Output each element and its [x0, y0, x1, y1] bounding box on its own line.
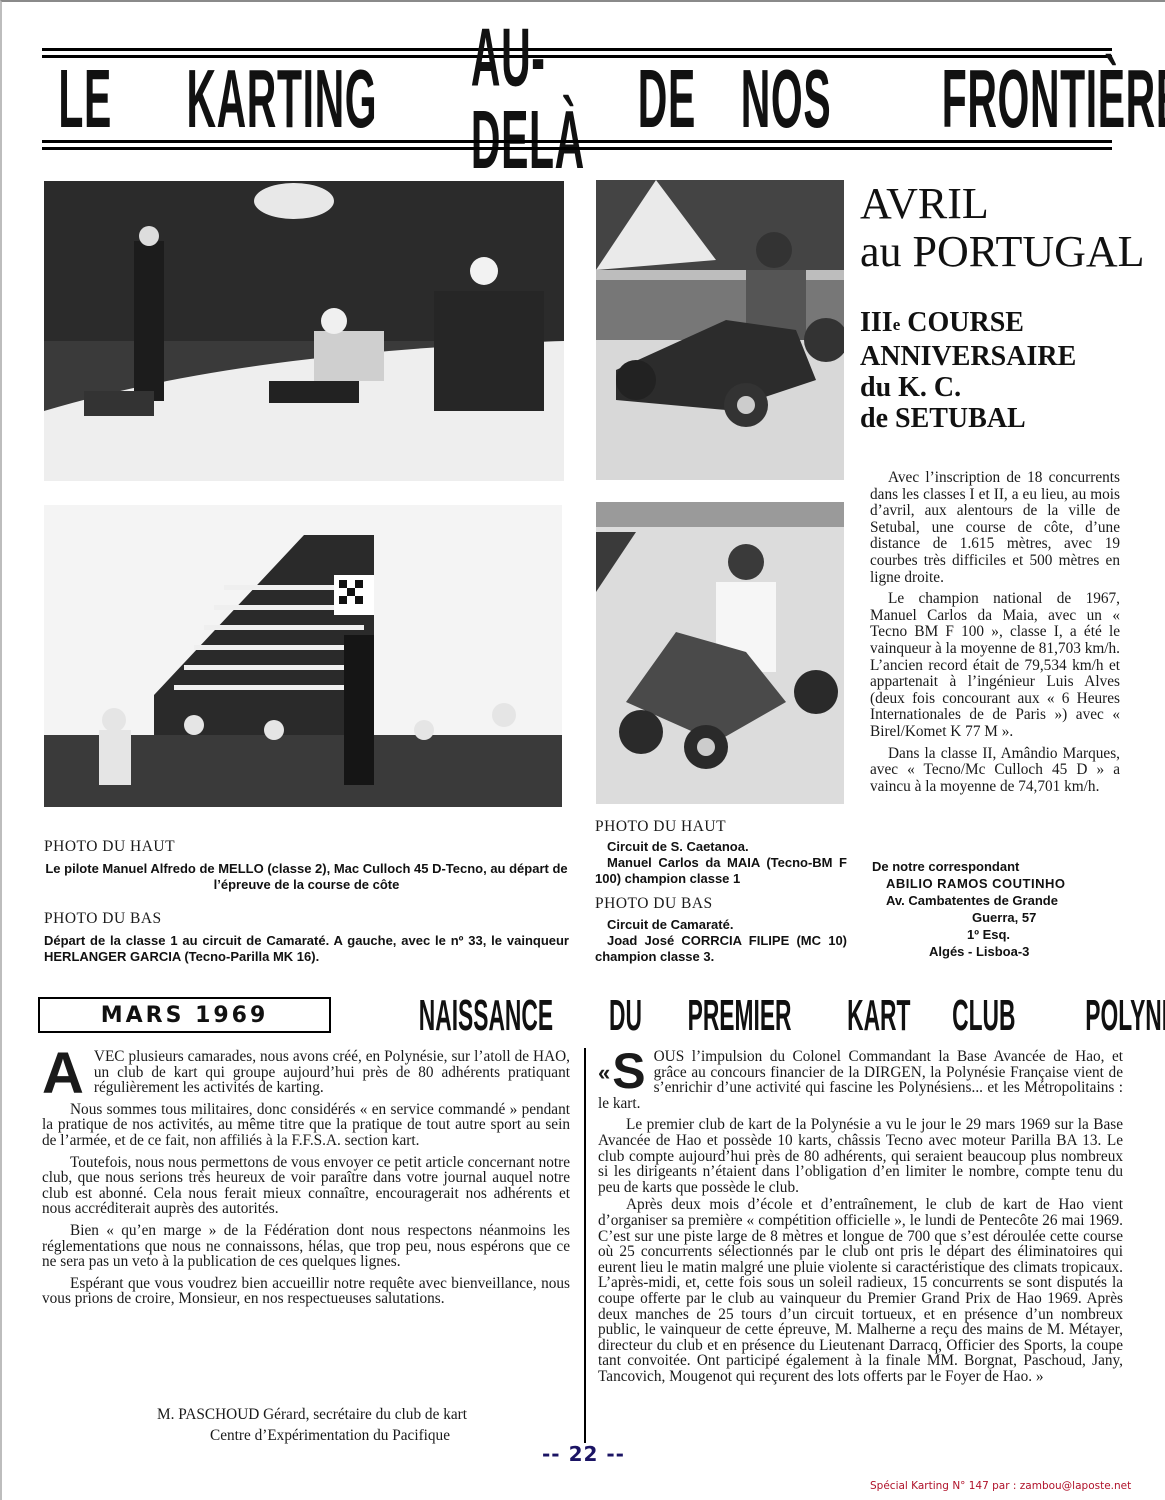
report-column: «SOUS l’impulsion du Colonel Commandant …: [598, 1049, 1123, 1390]
correspondent-block: De notre correspondant ABILIO RAMOS COUT…: [872, 858, 1117, 960]
photo-hillclimb: [44, 181, 564, 481]
letter-paragraph: Toutefois, nous nous permettons de vous …: [42, 1155, 570, 1217]
heading-line-portugal: au PORTUGAL: [860, 228, 1160, 276]
title-word: KART: [847, 991, 910, 1040]
caption-right-bottom-label: PHOTO DU BAS: [595, 895, 713, 913]
banner-rule-bottom-1: [42, 140, 1112, 143]
article-title: NAISSANCE DU PREMIER KART CLUB POLYNESIE…: [374, 991, 1074, 1042]
open-quote: «: [598, 1060, 610, 1085]
caption-right-bottom-line1: Circuit de Camaraté.: [607, 917, 847, 933]
correspondent-address-2: Guerra, 57: [972, 909, 1117, 926]
caption-left-top-label: PHOTO DU HAUT: [44, 838, 175, 856]
letter-column: AVEC plusieurs camarades, nous avons cré…: [42, 1049, 570, 1313]
report-paragraph: Après deux mois d’école et d’entraînemen…: [598, 1197, 1123, 1384]
dropcap-s-letter: S: [612, 1043, 645, 1099]
caption-left-bottom-label: PHOTO DU BAS: [44, 910, 162, 928]
title-word: KARTING: [187, 57, 378, 140]
subheading-sup: e: [893, 315, 901, 334]
subheading-line3: du K. C.: [860, 372, 1160, 403]
title-word: CLUB: [953, 991, 1016, 1040]
caption-left-top-text: Le pilote Manuel Alfredo de MELLO (class…: [44, 861, 569, 893]
photo-caetano-kart: [596, 180, 844, 480]
subheading-course: COURSE: [900, 307, 1024, 338]
report-paragraph: Le premier club de kart de la Polynésie …: [598, 1117, 1123, 1195]
photo-caetano-kart-image: [596, 180, 844, 480]
photo-camarate-kart-image: [596, 502, 844, 804]
letter-first-text: VEC plusieurs camarades, nous avons créé…: [94, 1048, 570, 1096]
correspondent-intro: De notre correspondant: [872, 858, 1117, 875]
letter-paragraph: Nous sommes tous militaires, donc consid…: [42, 1102, 570, 1149]
report-first-text: OUS l’impulsion du Colonel Commandant la…: [598, 1048, 1123, 1112]
subheading-line4: de SETUBAL: [860, 403, 1160, 434]
dropcap-a: A: [42, 1051, 84, 1097]
correspondent-address-3: 1º Esq.: [967, 926, 1117, 943]
banner-rule-bottom-2: [42, 147, 1112, 150]
portugal-heading: AVRIL au PORTUGAL: [860, 180, 1160, 276]
signature-line-2: Centre d’Expérimentation du Pacifique: [210, 1427, 450, 1445]
letter-paragraph: Bien « qu’en marge » de la Fédération do…: [42, 1223, 570, 1270]
caption-right-top-label: PHOTO DU HAUT: [595, 818, 726, 836]
photo-hillclimb-image: [44, 181, 564, 481]
letter-first-paragraph: AVEC plusieurs camarades, nous avons cré…: [42, 1049, 570, 1096]
title-word: NOS: [741, 57, 832, 140]
title-word: FRONTIÈRES: [942, 57, 1165, 140]
photo-camarate-start-image: [44, 505, 562, 807]
column-divider: [584, 1048, 586, 1443]
caption-left-bottom-text: Départ de la classe 1 au circuit de Cama…: [44, 933, 569, 965]
portugal-subheading: IIIe COURSE ANNIVERSAIRE du K. C. de SET…: [860, 307, 1160, 434]
photo-camarate-start: [44, 505, 562, 807]
correspondent-address-1: Av. Cambatentes de Grande: [886, 892, 1117, 909]
dropcap-s: «S: [598, 1049, 646, 1095]
title-word: PREMIER: [687, 991, 791, 1040]
letter-paragraph: Espérant que vous voudrez bien accueilli…: [42, 1276, 570, 1307]
credit-line: Spécial Karting N° 147 par : zambou@lapo…: [870, 1480, 1131, 1492]
signature-line-1: M. PASCHOUD Gérard, secrétaire du club d…: [157, 1406, 467, 1424]
subheading-line2: ANNIVERSAIRE: [860, 341, 1160, 372]
date-box: MARS 1969: [38, 997, 331, 1033]
page-title: LE KARTING AU-DELÀ DE NOS FRONTIÈRES: [42, 51, 1112, 146]
correspondent-address-4: Algés - Lisboa-3: [929, 943, 1117, 960]
caption-right-top-line2: Manuel Carlos da MAIA (Tecno-BM F 100) c…: [595, 855, 847, 887]
portugal-paragraph: Avec l’inscription de 18 concurrents dan…: [870, 470, 1120, 586]
heading-line-avril: AVRIL: [860, 180, 1160, 228]
photo-camarate-kart: [596, 502, 844, 804]
caption-right-top-line1: Circuit de S. Caetanoa.: [607, 839, 847, 855]
subheading-roman: III: [860, 307, 893, 338]
portugal-paragraph: Le champion national de 1967, Manuel Car…: [870, 591, 1120, 740]
correspondent-name: ABILIO RAMOS COUTINHO: [886, 875, 1117, 892]
page-number: -- 22 --: [542, 1442, 625, 1466]
portugal-body: Avec l’inscription de 18 concurrents dan…: [870, 470, 1120, 800]
title-word: DE: [637, 57, 695, 140]
portugal-paragraph: Dans la classe II, Amândio Marques, avec…: [870, 746, 1120, 796]
title-word: AU-DELÀ: [471, 16, 585, 181]
caption-right-bottom-line2: Joad José CORRCIA FILIPE (MC 10) champio…: [595, 933, 847, 965]
title-word: DU: [609, 991, 642, 1040]
report-first-paragraph: «SOUS l’impulsion du Colonel Commandant …: [598, 1049, 1123, 1111]
title-word: LE: [58, 57, 112, 140]
title-word: NAISSANCE: [419, 991, 553, 1040]
title-word: POLYNESIEN: [1085, 991, 1165, 1040]
